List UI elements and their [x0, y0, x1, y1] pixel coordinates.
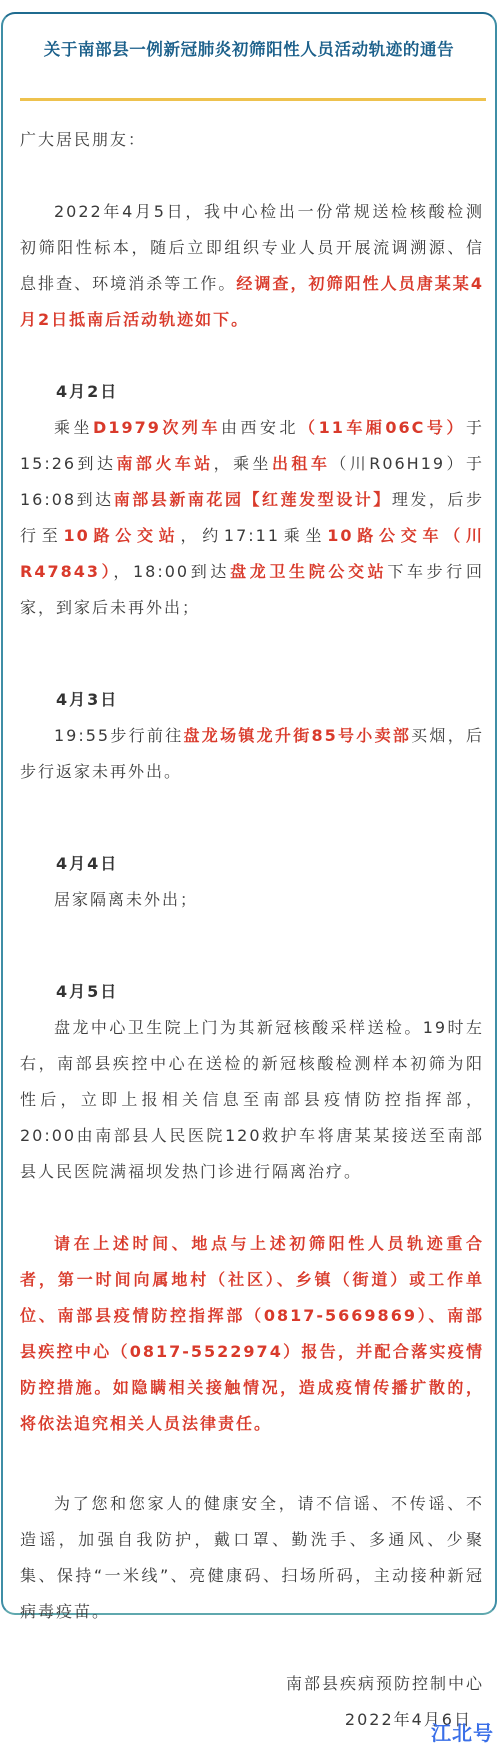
segment-taxi: 出租车	[272, 454, 330, 473]
watermark-logo: 江北号	[431, 1717, 494, 1746]
segment-train: D1979次列车	[93, 418, 221, 437]
warning-paragraph: 请在上述时间、地点与上述初筛阳性人员轨迹重合者，第一时间向属地村（社区）、乡镇（…	[20, 1226, 484, 1442]
segment-salon: 南部县新南花园【红莲发型设计】	[114, 490, 392, 509]
segment: 乘坐	[54, 418, 93, 437]
segment: ，18:00到达	[113, 562, 230, 581]
day-heading-apr5: 4月5日	[20, 974, 484, 1010]
notice-body: 广大居民朋友： 2022年4月5日，我中心检出一份常规送检核酸检测初筛阳性标本，…	[20, 122, 484, 1738]
segment: ，乘坐	[214, 454, 272, 473]
signature: 南部县疾病预防控制中心	[20, 1666, 484, 1702]
segment: ，约17:11乘坐	[180, 526, 327, 545]
notice-card: 关于南部县一例新冠肺炎初筛阳性人员活动轨迹的通告 广大居民朋友： 2022年4月…	[1, 12, 497, 1615]
notice-title: 关于南部县一例新冠肺炎初筛阳性人员活动轨迹的通告	[33, 36, 465, 64]
segment: 由西安北	[221, 418, 299, 437]
segment-seat: （11车厢06C号）	[299, 418, 466, 437]
day-detail-apr2: 乘坐D1979次列车由西安北（11车厢06C号）于15:26到达南部火车站，乘坐…	[20, 410, 484, 626]
greeting: 广大居民朋友：	[20, 122, 484, 158]
day-heading-apr4: 4月4日	[20, 846, 484, 882]
day-detail-apr3: 19:55步行前往盘龙场镇龙升街85号小卖部买烟，后步行返家未再外出。	[20, 718, 484, 790]
day-detail-apr4: 居家隔离未外出；	[20, 882, 484, 918]
day-heading-apr3: 4月3日	[20, 682, 484, 718]
segment-station: 南部火车站	[116, 454, 213, 473]
intro-paragraph: 2022年4月5日，我中心检出一份常规送检核酸检测初筛阳性标本，随后立即组织专业…	[20, 194, 484, 338]
segment-arrival-stop: 盘龙卫生院公交站	[230, 562, 387, 581]
segment-shop: 盘龙场镇龙升街85号小卖部	[184, 726, 412, 745]
segment: 19:55步行前往	[54, 726, 184, 745]
day-heading-apr2: 4月2日	[20, 374, 484, 410]
sign-date: 2022年4月6日	[20, 1702, 484, 1738]
segment-bus-stop: 10路公交站	[63, 526, 180, 545]
segment-bus: 10路公交车	[327, 526, 444, 545]
advice-paragraph: 为了您和您家人的健康安全，请不信谣、不传谣、不造谣，加强自我防护，戴口罩、勤洗手…	[20, 1486, 484, 1630]
title-divider	[20, 98, 486, 101]
day-detail-apr5: 盘龙中心卫生院上门为其新冠核酸采样送检。19时左右，南部县疾控中心在送检的新冠核…	[20, 1010, 484, 1190]
